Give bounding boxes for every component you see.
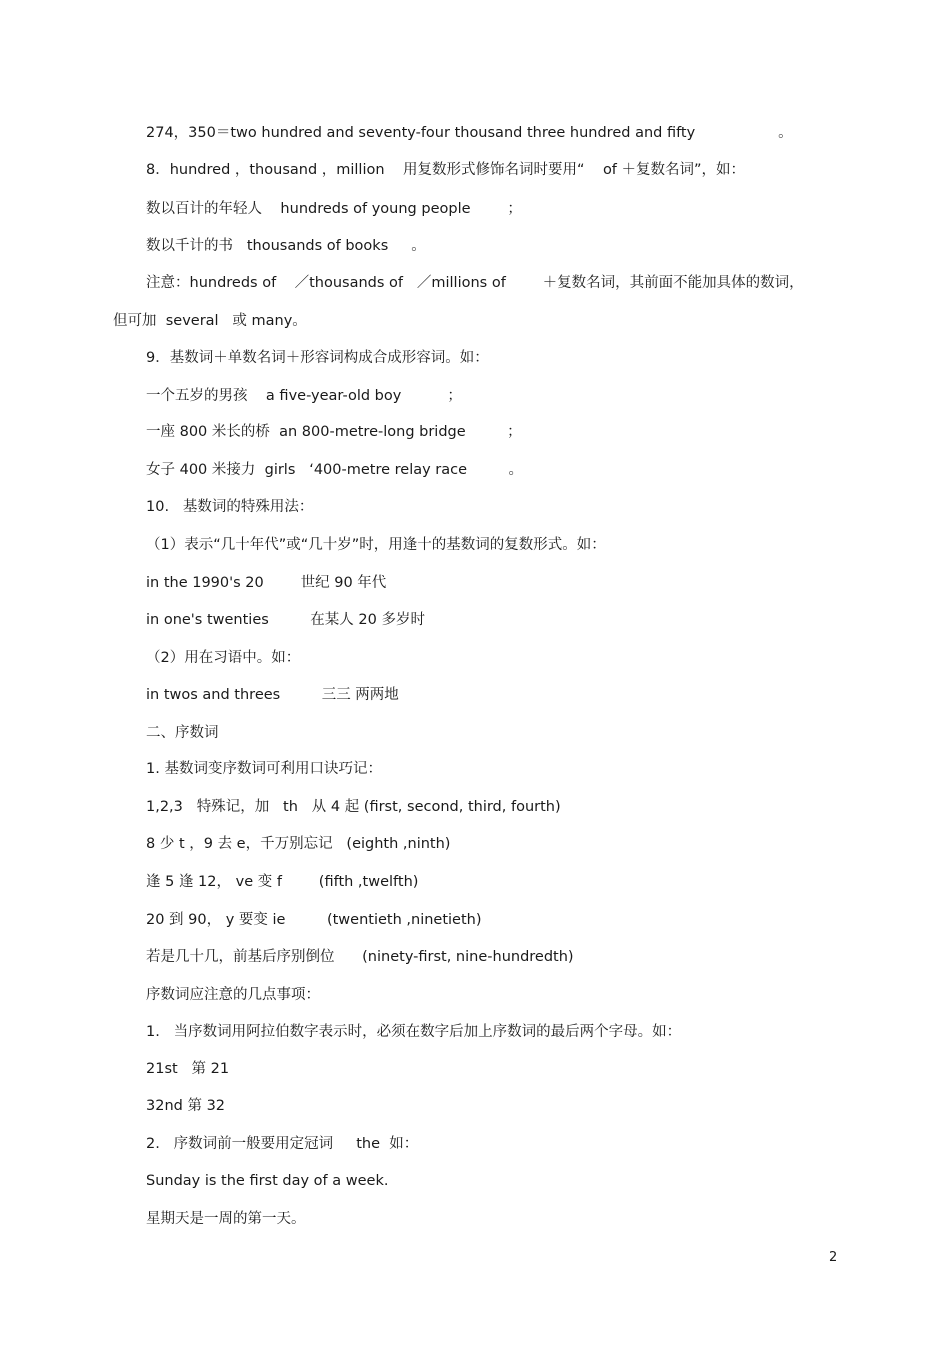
- text-line: 9．基数词＋单数名词＋形容词构成合成形容词。如：: [146, 348, 489, 368]
- text-line: 女子 400 米接力 girls ‘400-metre relay race 。: [146, 460, 523, 480]
- text-line: 10. 基数词的特殊用法：: [146, 497, 313, 517]
- text-line: in one's twenties 在某人 20 多岁时: [146, 610, 425, 630]
- document-page: 2 274，350＝two hundred and seventy-four t…: [0, 0, 950, 1345]
- text-line: Sunday is the first day of a week.: [146, 1171, 388, 1191]
- text-line: in twos and threes 三三 两两地: [146, 685, 399, 705]
- text-line: 逢 5 逢 12， ve 变 f (fifth ,twelfth): [146, 872, 418, 892]
- text-line: 1. 基数词变序数词可利用口诀巧记：: [146, 759, 382, 779]
- text-line: 数以百计的年轻人 hundreds of young people ；: [146, 199, 522, 219]
- text-line: 274，350＝two hundred and seventy-four tho…: [146, 123, 793, 143]
- text-line: 若是几十几，前基后序别倒位 (ninety-first, nine-hundre…: [146, 947, 574, 967]
- text-line: 2. 序数词前一般要用定冠词 the 如：: [146, 1134, 418, 1154]
- text-line: 1,2,3 特殊记，加 th 从 4 起 (first, second, thi…: [146, 797, 561, 817]
- text-line: 20 到 90， y 要变 ie (twentieth ,ninetieth): [146, 910, 482, 930]
- text-line: （1）表示“几十年代”或“几十岁”时，用逢十的基数词的复数形式。如：: [146, 535, 606, 555]
- page-number: 2: [829, 1249, 837, 1267]
- text-line: 但可加 several 或 many。: [113, 311, 307, 331]
- text-line: 21st 第 21: [146, 1059, 229, 1079]
- text-line: 星期天是一周的第一天。: [146, 1209, 306, 1229]
- text-line: in the 1990's 20 世纪 90 年代: [146, 573, 386, 593]
- text-line: 32nd 第 32: [146, 1096, 225, 1116]
- text-line: 1. 当序数词用阿拉伯数字表示时，必须在数字后加上序数词的最后两个字母。如：: [146, 1022, 681, 1042]
- text-line: 8 少 t ，9 去 e，千万别忘记 (eighth ,ninth): [146, 834, 450, 854]
- text-line: 数以千计的书 thousands of books 。: [146, 236, 426, 256]
- text-line: （2）用在习语中。如：: [146, 648, 300, 668]
- text-line: 8．hundred ，thousand ，million 用复数形式修饰名词时要…: [146, 160, 745, 180]
- text-line: 二、序数词: [146, 723, 219, 743]
- text-line: 一个五岁的男孩 a five-year-old boy ；: [146, 386, 462, 406]
- text-line: 序数词应注意的几点事项：: [146, 985, 320, 1005]
- text-line: 一座 800 米长的桥 an 800-metre-long bridge ；: [146, 422, 522, 442]
- text-line: 注意：hundreds of ／thousands of ／millions o…: [146, 273, 804, 293]
